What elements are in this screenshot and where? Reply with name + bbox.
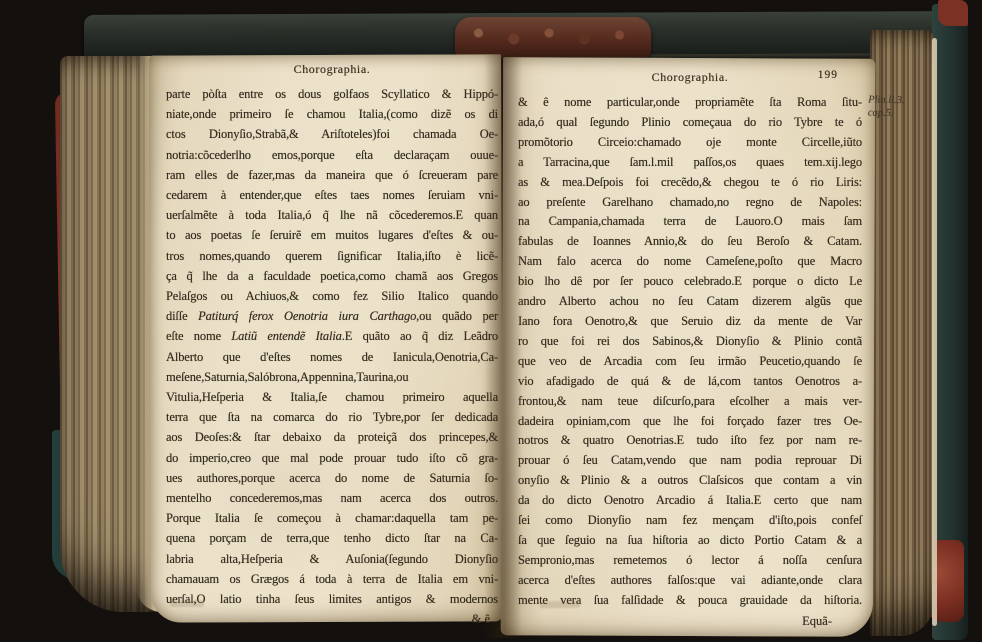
text-line: Sempronio,mas remetemos ó lector á noſſa… xyxy=(518,551,862,571)
text-line: dadeira opiniam,com que lhe foi forçado … xyxy=(518,412,862,432)
text-line: acerca d'eſtes authores falſos:que vai a… xyxy=(518,571,862,591)
text-line: cedarem à entender,que eſtes taes nomes … xyxy=(166,185,498,205)
text-line: a Tarracina,que ſam.l.mil paſſos,os quae… xyxy=(518,153,862,173)
book-photo: { "book": { "left_page": { "header": "Ch… xyxy=(0,0,982,642)
headband xyxy=(455,17,651,57)
text-line: to aos poetas ſe ſeruirẽ em muitos lugar… xyxy=(166,225,498,245)
text-line: tros nomes,quando querem ſignificar Ital… xyxy=(166,246,498,266)
text-line: ao preſente Garelhano chamado,no regno d… xyxy=(518,193,862,213)
red-leather-corner-top-right xyxy=(938,0,968,26)
margin-note: Plin.li.3. cap.5. xyxy=(868,93,926,120)
text-line: vio afadigado de quá & de lá,com tantos … xyxy=(518,372,862,392)
page-number: 199 xyxy=(818,68,838,82)
text-line: Alberto que d'eſtes nomes de Ianicula,Oe… xyxy=(166,347,498,367)
text-line: prouar ó ſeu Catam,vendo que nam podia r… xyxy=(518,451,862,471)
text-line: frontou,& nam teue diſcurſo,para eſcolhe… xyxy=(518,392,862,412)
text-line: bio lho dê por ſer pouco celebrado.E por… xyxy=(518,272,862,292)
text-line: fabulas de Ioannes Annio,& do ſeu Beroſo… xyxy=(518,232,862,252)
text-line: promõtorio Circeio:chamado oje monte Cir… xyxy=(518,133,862,153)
text-line: ada,ó qual ſegundo Plinio começaua do ri… xyxy=(518,113,862,133)
text-line: notros & quatro Oenotrias.E tudo iſto fe… xyxy=(518,431,862,451)
text-line: andro Alberto achou no ſeu Catam dizerem… xyxy=(518,292,862,312)
left-page-lines: parte pòſta entre os dous golfaos Scylla… xyxy=(166,84,498,609)
text-line: ram elles de fazer,mas da maneira que ó … xyxy=(166,165,498,185)
right-running-header: Chorographia. 199 xyxy=(518,70,862,84)
text-line: Nam falo acerca do nome Cameſene,poſto q… xyxy=(518,252,862,272)
text-line: as & mea.Deſpois foi crecẽdo,& chegou te… xyxy=(518,173,862,193)
text-line: mentelho concederemos,mas nam acerca dos… xyxy=(166,488,498,508)
text-line: uerſal,O latio tinha ſeus limites antigo… xyxy=(166,589,498,609)
text-line: terra que ſta na comarca do rio Tybre,po… xyxy=(166,407,498,427)
text-line: chamauam os Grægos á toda à terra de Ita… xyxy=(166,569,498,589)
fore-edge-left xyxy=(60,56,162,612)
left-page-text: Chorographia. parte pòſta entre os dous … xyxy=(166,62,498,629)
text-line: do imperio,creo que mal pode prouar tudo… xyxy=(166,448,498,468)
text-line: ctos Dionyſio,Strabã,& Ariſtoteles)foi c… xyxy=(166,124,498,144)
text-line: aos Deoſes:& ſtar debaixo da proteiçã do… xyxy=(166,427,498,447)
text-line: ſei como Dionyſio nam fez mençam d'iſto,… xyxy=(518,511,862,531)
left-running-header: Chorographia. xyxy=(166,62,498,76)
text-line: da do dicto Oenotro Arcadio á Italia.E c… xyxy=(518,491,862,511)
text-line: ues authores,porque acerca do nome de Sa… xyxy=(166,468,498,488)
text-line: Vitulia,Heſperia & Italia,ſe chamou prim… xyxy=(166,387,498,407)
text-line: Iano fora Oenotro,& que Seruio diz da me… xyxy=(518,312,862,332)
text-line: eſte nome Latiũ entendẽ Italia.E quãto a… xyxy=(166,326,498,346)
text-line: onyſio & Plinio & a outros Claſsicos que… xyxy=(518,471,862,491)
text-line: Pelaſgos ou Achiuos,& como fez Silio Ita… xyxy=(166,286,498,306)
margin-note-line: Plin.li.3. xyxy=(868,93,926,107)
text-line: ſa que ſeguio na ſua hiſtoria ao dicto P… xyxy=(518,531,862,551)
text-line: que veo de Arcadia com ſeu irmão Peuceti… xyxy=(518,352,862,372)
text-line: Porque Italia ſe começou à chamar:daquel… xyxy=(166,508,498,528)
fore-edge-right xyxy=(870,30,934,636)
text-line: meſene,Saturnia,Salóbrona,Appennina,Taur… xyxy=(166,367,498,387)
text-line: uerſalmẽte à toda Italia,ó q̃ lhe nã cõc… xyxy=(166,205,498,225)
text-line: niate,onde primeiro ſe chamou Italia,(co… xyxy=(166,104,498,124)
right-page-lines: & ê nome particular,onde propriamẽte ſta… xyxy=(518,93,862,611)
text-line: ça q̃ lhe da a faculdade poetica,como ch… xyxy=(166,266,498,286)
right-page-text: Chorographia. 199 & ê nome particular,on… xyxy=(518,70,862,631)
text-line: quena porçam de terra,que tenho dicto ſt… xyxy=(166,528,498,548)
left-catchword: & ê xyxy=(166,609,498,629)
text-line: & ê nome particular,onde propriamẽte ſta… xyxy=(518,93,862,113)
text-line: labria alta,Heſperia & Auſonia(ſegundo D… xyxy=(166,549,498,569)
text-line: diſſe Patiturq́ ferox Oenotria iura Cart… xyxy=(166,306,498,326)
right-running-header-title: Chorographia. xyxy=(652,70,729,84)
text-line: parte pòſta entre os dous golfaos Scylla… xyxy=(166,84,498,104)
margin-note-line: cap.5. xyxy=(868,106,926,120)
right-catchword: Equã- xyxy=(518,611,862,631)
text-line: na Campania,chamada terra de Lauoro.O ma… xyxy=(518,212,862,232)
text-line: ro que foi rei dos Sabinos,& Dionyſio & … xyxy=(518,332,862,352)
text-line: notria:cõcederlho emos,porque eſta decla… xyxy=(166,145,498,165)
text-line: mente vera ſua falſidade & pouca grauida… xyxy=(518,591,862,611)
